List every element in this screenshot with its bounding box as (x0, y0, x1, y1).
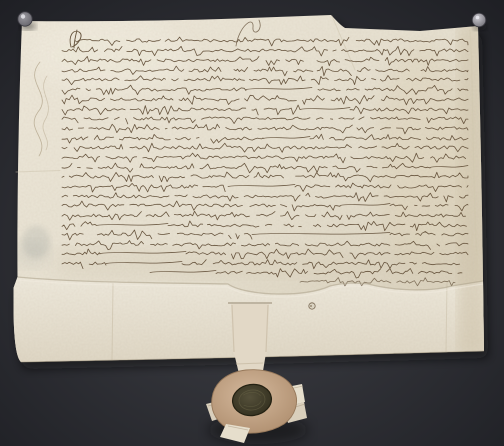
hole-dot (310, 305, 312, 307)
pin-glint (21, 14, 25, 18)
charter-photo (0, 0, 504, 446)
pin-glint (476, 16, 480, 20)
pin-head (18, 12, 32, 26)
plica-hole-mark (309, 303, 315, 309)
pin-head (472, 13, 486, 27)
pushpin-top-right (472, 13, 487, 30)
photograph (0, 0, 504, 446)
seal-strap-upper (231, 304, 269, 353)
